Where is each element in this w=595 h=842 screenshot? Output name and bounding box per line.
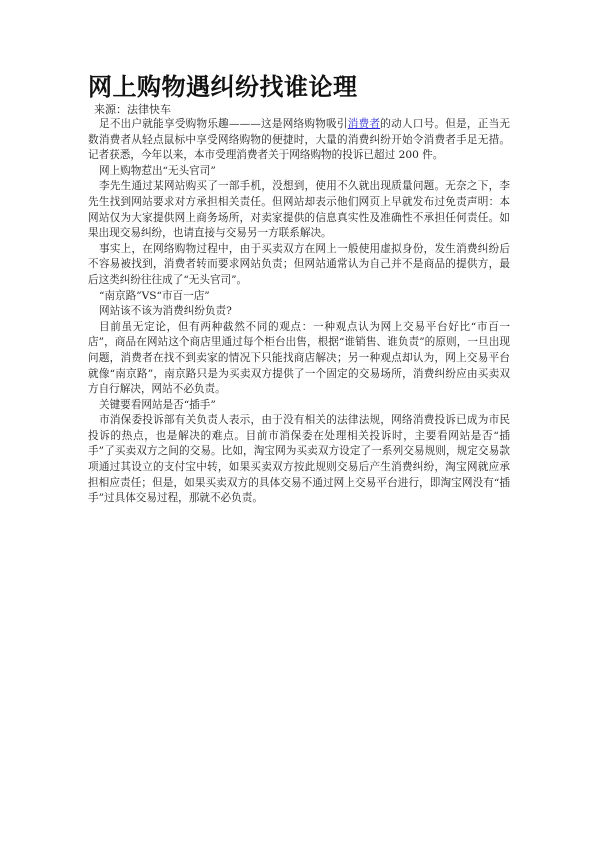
document-page: 网上购物遇纠纷找谁论理 来源：法律快车 足不出户就能享受购物乐趣———这是网络购…: [88, 72, 510, 507]
section-heading-nanjing-road-vs-store: “南京路”VS“市百一店”: [88, 289, 510, 305]
consumer-link[interactable]: 消费者: [348, 118, 381, 130]
paragraph-consumer-council: 市消保委投诉部有关负责人表示，由于没有相关的法律法规，网络消费投诉已成为市民投诉…: [88, 413, 510, 507]
section-heading-headless-lawsuit: 网上购物惹出“无头官司”: [88, 164, 510, 180]
paragraph-mr-li-case: 李先生通过某网站购买了一部手机，没想到，使用不久就出现质量问题。无奈之下，李先生…: [88, 179, 510, 241]
section-question: 网站该不该为消费纠纷负责?: [88, 304, 510, 320]
paragraph-virtual-identity: 事实上，在网络购物过程中，由于买卖双方在网上一般使用虚拟身份，发生消费纠纷后不容…: [88, 242, 510, 289]
section-heading-involvement: 关键要看网站是否“插手”: [88, 398, 510, 414]
article-source: 来源：法律快车: [94, 102, 510, 117]
intro-paragraph: 足不出户就能享受购物乐趣———这是网络购物吸引消费者的动人口号。但是，正当无数消…: [88, 117, 510, 164]
paragraph-two-views: 目前虽无定论，但有两种截然不同的观点：一种观点认为网上交易平台好比“市百一店”，…: [88, 320, 510, 398]
intro-text-pre: 足不出户就能享受购物乐趣———这是网络购物吸引: [99, 118, 348, 130]
article-title: 网上购物遇纠纷找谁论理: [88, 72, 510, 102]
